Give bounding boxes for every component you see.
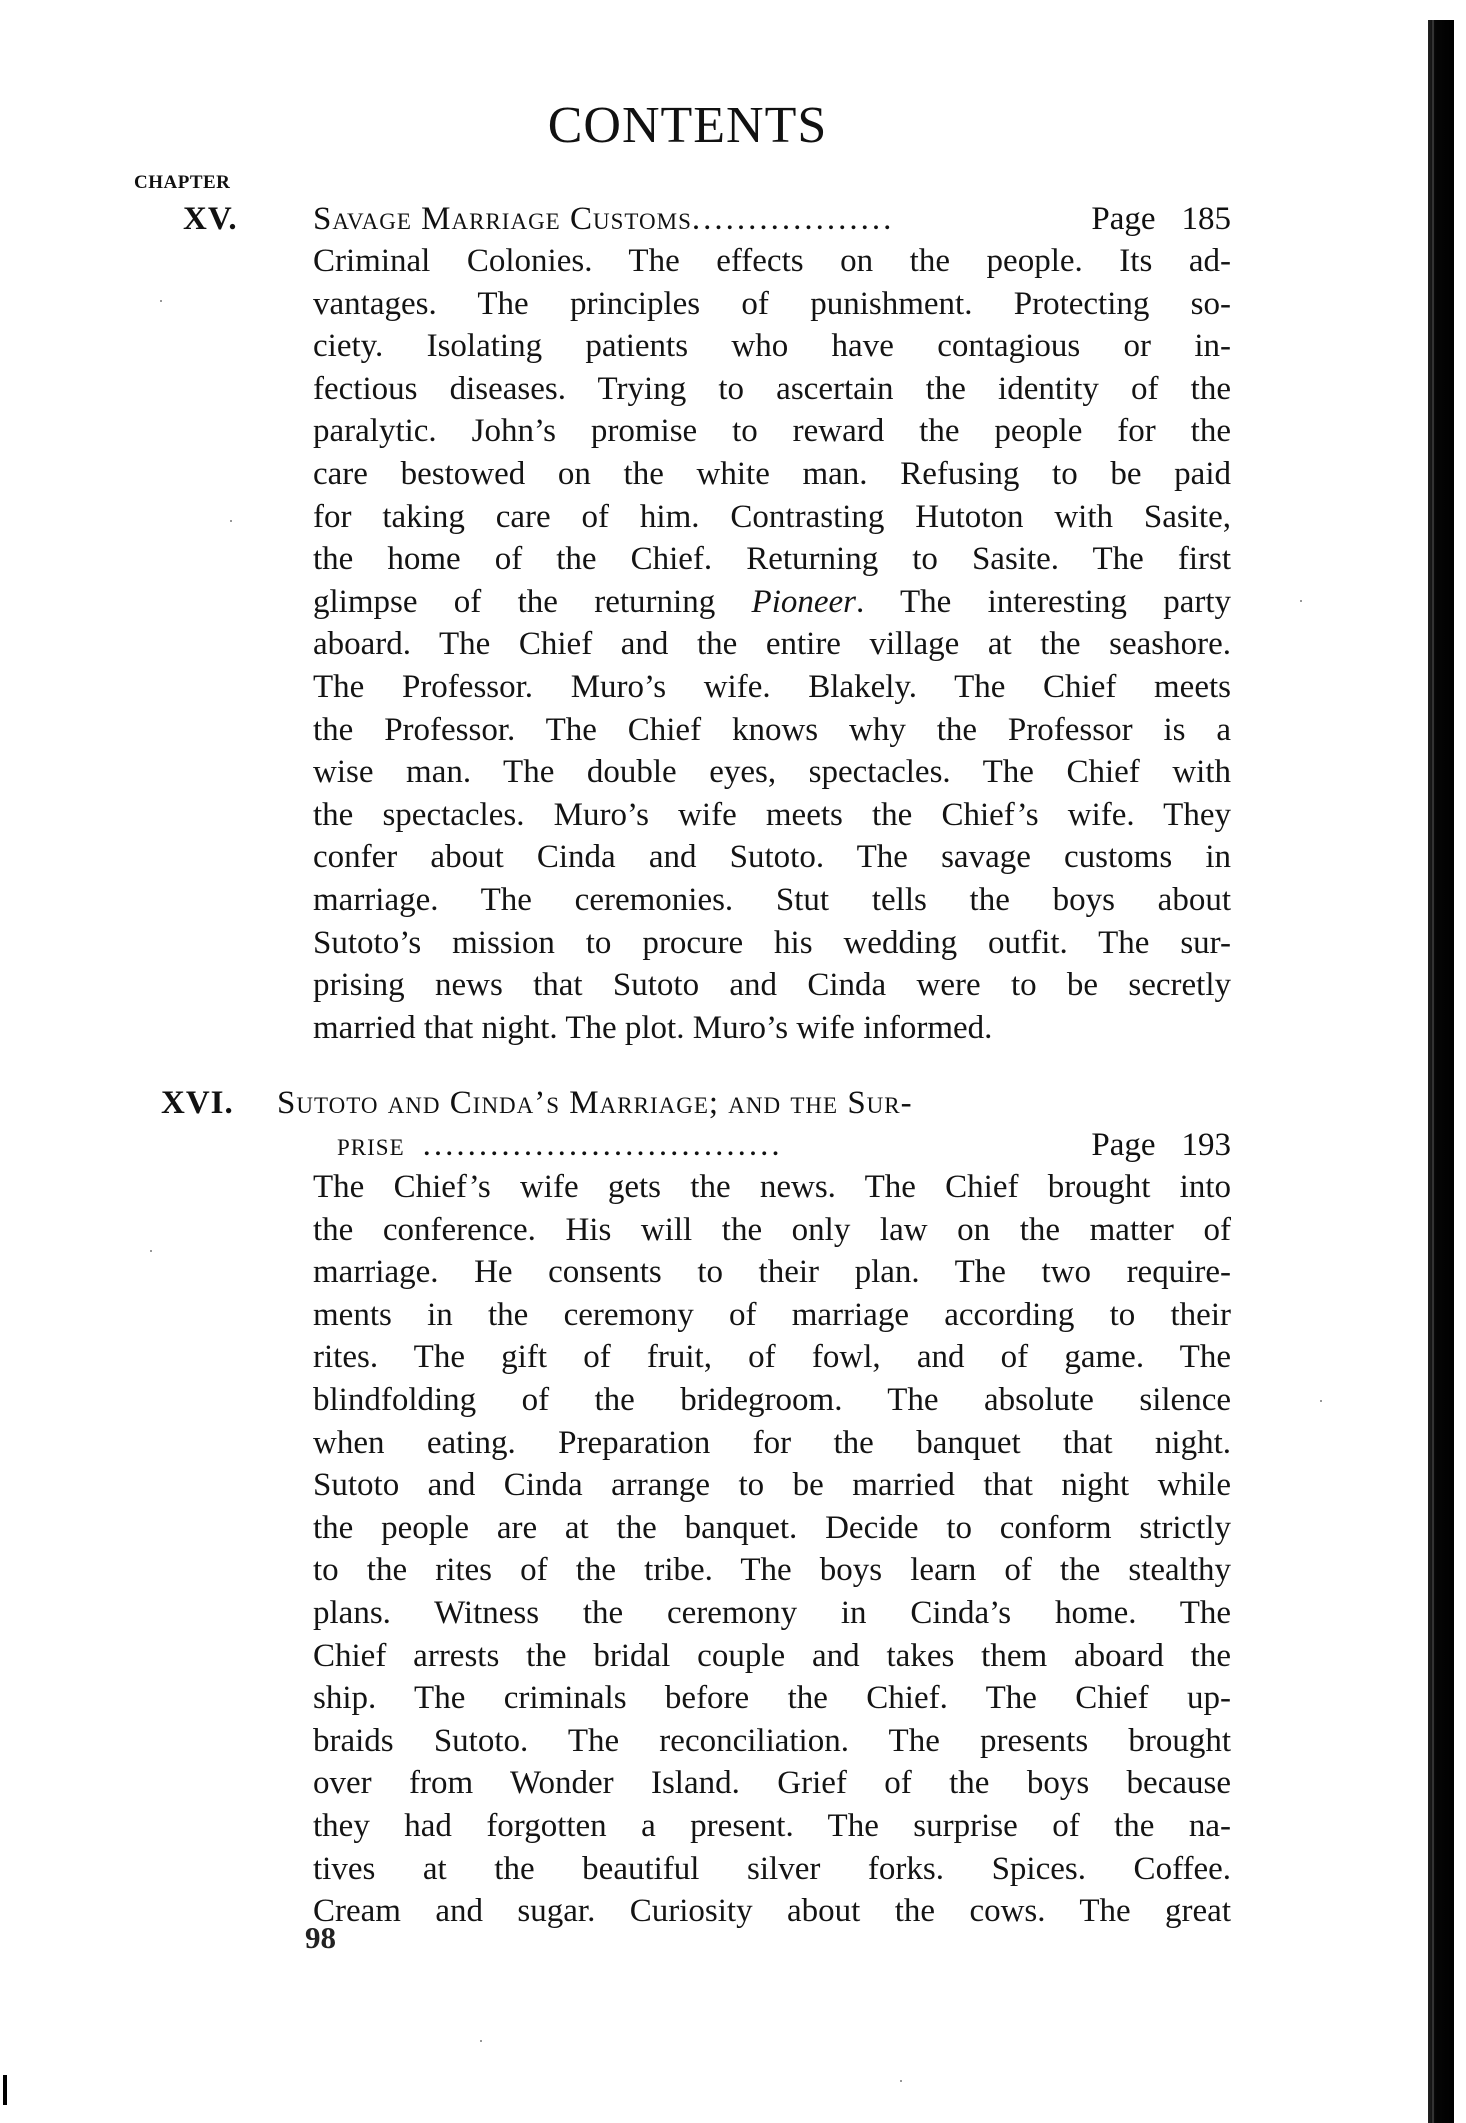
summary-line: marriage. The ceremonies. Stut tells the… — [313, 879, 1231, 922]
summary-line: ship. The criminals before the Chief. Th… — [313, 1677, 1231, 1720]
summary-line: Criminal Colonies. The effects on the pe… — [313, 240, 1231, 283]
chapter-numeral: XV. — [183, 198, 313, 240]
scan-speck — [480, 2040, 482, 2042]
page-title: CONTENTS — [0, 98, 1375, 154]
page-number: 193 — [1182, 1124, 1232, 1166]
summary-line: paralytic. John’s promise to reward the … — [313, 410, 1231, 453]
summary-line: when eating. Preparation for the banquet… — [313, 1422, 1231, 1465]
toc-entry-heading: XVI. Sutoto and Cinda’s Marriage; and th… — [161, 1082, 1231, 1124]
summary-line: wise man. The double eyes, spectacles. T… — [313, 751, 1231, 794]
scan-speck — [1320, 1400, 1322, 1402]
summary-line: The Chief’s wife gets the news. The Chie… — [313, 1166, 1231, 1209]
summary-line: Sutoto and Cinda arrange to be married t… — [313, 1464, 1231, 1507]
page-number: 185 — [1182, 198, 1232, 240]
book-page: CONTENTS CHAPTER XV. Savage Marriage Cus… — [0, 0, 1466, 2123]
summary-line: vantages. The principles of punishment. … — [313, 283, 1231, 326]
ship-name-pioneer: Pioneer — [752, 584, 856, 620]
summary-line: Chief arrests the bridal couple and take… — [313, 1635, 1231, 1678]
summary-line: ments in the ceremony of marriage accord… — [313, 1294, 1231, 1337]
summary-line: Sutoto’s mission to procure his wedding … — [313, 922, 1231, 965]
summary-line: the people are at the banquet. Decide to… — [313, 1507, 1231, 1550]
chapter-summary: Criminal Colonies. The effects on the pe… — [313, 240, 1231, 1049]
summary-line: marriage. He consents to their plan. The… — [313, 1251, 1231, 1294]
binding-edge-line — [1432, 20, 1434, 2123]
scan-speck — [150, 1250, 152, 1252]
summary-line: to the rites of the tribe. The boys lear… — [313, 1549, 1231, 1592]
summary-line: over from Wonder Island. Grief of the bo… — [313, 1762, 1231, 1805]
chapter-title: Savage Marriage Customs — [313, 198, 692, 240]
summary-line: blindfolding of the bridegroom. The abso… — [313, 1379, 1231, 1422]
summary-line: confer about Cinda and Sutoto. The savag… — [313, 836, 1231, 879]
summary-line: fectious diseases. Trying to ascertain t… — [313, 368, 1231, 411]
chapter-numeral: XVI. — [161, 1082, 277, 1124]
summary-line: the home of the Chief. Returning to Sasi… — [313, 538, 1231, 581]
chapter-title: Sutoto and Cinda’s Marriage; and the Sur… — [277, 1082, 913, 1124]
summary-line: rites. The gift of fruit, of fowl, and o… — [313, 1336, 1231, 1379]
summary-line: the conference. His will the only law on… — [313, 1209, 1231, 1252]
summary-line: the Professor. The Chief knows why the P… — [313, 709, 1231, 752]
summary-line: The Professor. Muro’s wife. Blakely. The… — [313, 666, 1231, 709]
toc-entry-heading-continued: prise ................................ P… — [337, 1124, 1231, 1166]
dot-leader: ................................ — [423, 1124, 1090, 1166]
scan-speck — [1300, 600, 1302, 602]
summary-line: prising news that Sutoto and Cinda were … — [313, 964, 1231, 1007]
page-label: Page — [1091, 1124, 1155, 1166]
summary-line: braids Sutoto. The reconciliation. The p… — [313, 1720, 1231, 1763]
chapter-column-label: CHAPTER — [134, 172, 230, 194]
summary-line: tives at the beautiful silver forks. Spi… — [313, 1848, 1231, 1891]
scan-speck — [160, 300, 162, 302]
summary-line: Cream and sugar. Curiosity about the cow… — [313, 1890, 1231, 1933]
summary-line: aboard. The Chief and the entire village… — [313, 623, 1231, 666]
summary-line: the spectacles. Muro’s wife meets the Ch… — [313, 794, 1231, 837]
page-number-folio: 98 — [305, 1920, 336, 1956]
summary-line: plans. Witness the ceremony in Cinda’s h… — [313, 1592, 1231, 1635]
summary-line: glimpse of the returning Pioneer. The in… — [313, 581, 1231, 624]
summary-line: for taking care of him. Contrasting Huto… — [313, 496, 1231, 539]
summary-line: care bestowed on the white man. Refusing… — [313, 453, 1231, 496]
chapter-title-continued: prise — [337, 1124, 405, 1166]
scan-speck — [230, 520, 232, 522]
dot-leader: .................. — [692, 198, 1091, 240]
page-label: Page — [1091, 198, 1155, 240]
summary-line: they had forgotten a present. The surpri… — [313, 1805, 1231, 1848]
summary-line: ciety. Isolating patients who have conta… — [313, 325, 1231, 368]
scan-speck — [900, 2080, 902, 2082]
summary-line: married that night. The plot. Muro’s wif… — [313, 1007, 1231, 1050]
toc-entry-heading: XV. Savage Marriage Customs ............… — [183, 198, 1231, 240]
chapter-summary: The Chief’s wife gets the news. The Chie… — [313, 1166, 1231, 1933]
scan-corner-mark — [3, 2075, 7, 2105]
